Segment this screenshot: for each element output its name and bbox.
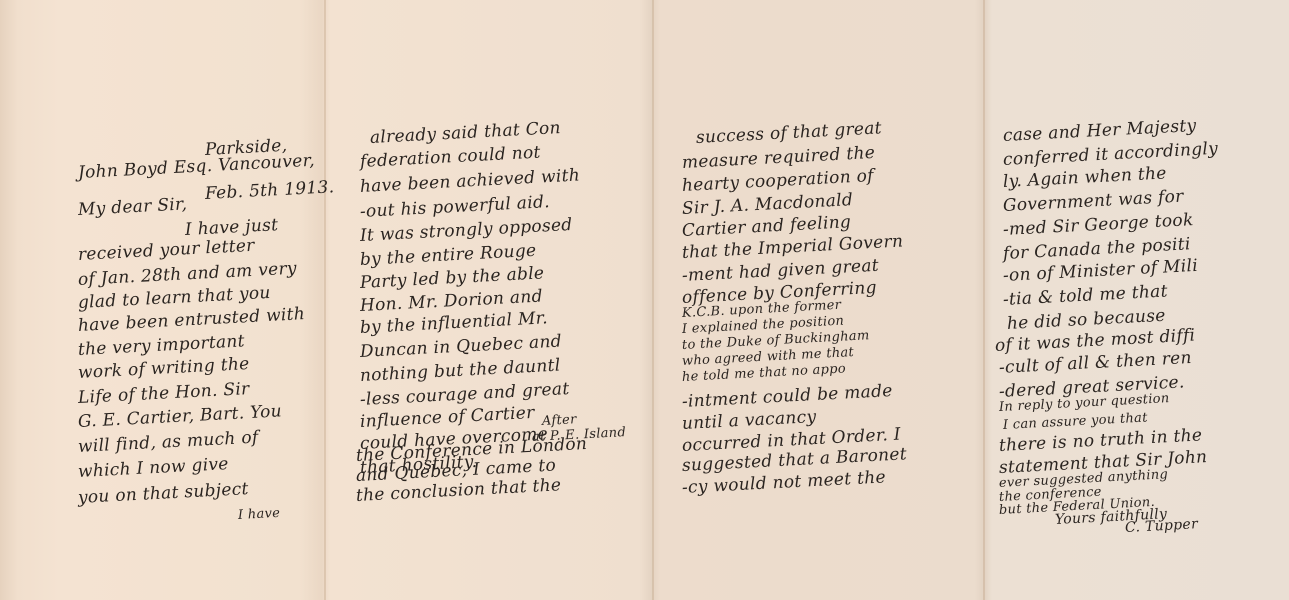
letter-text-line: you on that subject — [77, 479, 249, 508]
letter-text-line: which I now give — [77, 454, 229, 482]
letter-text-line: -tia & told me that — [1002, 281, 1168, 310]
letter-panel-4: case and Her Majesty conferred it accord… — [985, 0, 1289, 600]
letter-text-line: After — [542, 412, 577, 429]
letter-text-line: -intment could be made — [681, 381, 893, 412]
recipient-address-line: John Boyd Esq. Vancouver, — [77, 151, 315, 183]
letter-sheet: Parkside, John Boyd Esq. Vancouver, Feb.… — [0, 0, 1289, 600]
letter-text-line: received your letter — [77, 236, 255, 265]
salutation: My dear Sir, — [77, 194, 187, 220]
letter-panel-1: Parkside, John Boyd Esq. Vancouver, Feb.… — [0, 0, 324, 600]
letter-panel-3: success of that great measure required t… — [654, 0, 983, 600]
letter-text-line: I have — [238, 506, 281, 523]
date-line: Feb. 5th 1913. — [204, 177, 334, 204]
letter-text-line: will find, as much of — [77, 428, 258, 457]
letter-panel-2: already said that Con federation could n… — [326, 0, 652, 600]
signature: C. Tupper — [1125, 516, 1199, 536]
